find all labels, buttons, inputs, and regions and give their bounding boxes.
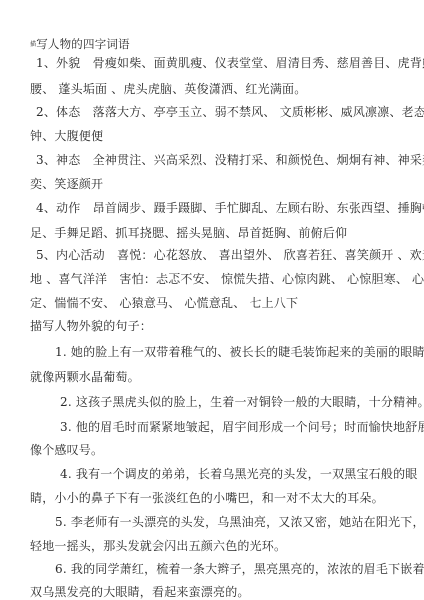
sentence-1-line1: 1. 她的脸上有一双带着稚气的、被长长的睫毛装饰起来的美丽的眼睛， xyxy=(55,344,424,360)
sentence-6-line2: 双乌黑发亮的大眼睛，看起来蛮漂亮的。 xyxy=(30,584,424,600)
sentence-3-line2: 像个感叹号。 xyxy=(30,442,424,458)
sentence-3-line1: 3. 他的眉毛时而紧紧地皱起，眉宇间形成一个问号；时而愉快地舒展， xyxy=(60,419,424,435)
heading-appearance-sentences: 描写人物外貌的句子： xyxy=(30,318,424,334)
category-expression-line2: 奕、笑逐颜开 xyxy=(30,176,424,192)
category-inner-line3: 定、惴惴不安、 心猿意马、 心慌意乱、 七上八下 xyxy=(30,295,424,311)
document-page: 描写人物的四字词语 1、外貌 骨瘦如柴、面黄肌瘦、仪表堂堂、眉清目秀、慈眉善目、… xyxy=(0,0,424,600)
heading-rest: 写人物的四字词语 xyxy=(36,37,130,51)
category-appearance-line2: 腰、 蓬头垢面 、虎头虎脑、英俊潇洒、红光满面。 xyxy=(30,81,424,97)
category-inner-line2: 地 、喜气洋洋 害怕：忐忑不安、 惊慌失措、心惊肉跳、 心惊胆寒、 心神不 xyxy=(30,271,424,287)
heading-four-char-words: 描写人物的四字词语 xyxy=(30,36,424,53)
sentence-5-line1: 5. 李老师有一头漂亮的头发，乌黑油亮，又浓又密，她站在阳光下，轻 xyxy=(55,514,424,530)
sentence-5-line2: 轻地一摇头，那头发就会闪出五颜六色的光环。 xyxy=(30,538,424,554)
category-inner-line1: 5、内心活动 喜悦：心花怒放、 喜出望外、 欣喜若狂、喜笑颜开 、欢天喜 xyxy=(36,247,424,263)
category-posture-line2: 钟、大腹便便 xyxy=(30,128,424,144)
sentence-2-line1: 2. 这孩子黑虎头似的脸上，生着一对铜铃一般的大眼睛，十分精神。 xyxy=(60,394,424,410)
category-appearance-line1: 1、外貌 骨瘦如柴、面黄肌瘦、仪表堂堂、眉清目秀、慈眉善目、虎背熊 xyxy=(36,55,424,71)
sentence-4-line2: 睛，小小的鼻子下有一张淡红色的小嘴巴，和一对不太大的耳朵。 xyxy=(30,490,424,506)
category-action-line2: 足、手舞足蹈、抓耳挠腮、摇头晃脑、昂首挺胸、前俯后仰 xyxy=(30,225,424,241)
category-expression-line1: 3、神态 全神贯注、兴高采烈、没精打采、和颜悦色、炯炯有神、神采奕 xyxy=(36,152,424,168)
sentence-6-line1: 6. 我的同学萧红，梳着一条大辫子，黑亮黑亮的，浓浓的眉毛下嵌着一 xyxy=(55,561,424,577)
sentence-1-line2: 就像两颗水晶葡萄。 xyxy=(30,369,424,385)
sentence-4-line1: 4. 我有一个调皮的弟弟，长着乌黑光亮的头发，一双黑宝石般的眼 xyxy=(60,466,424,482)
category-action-line1: 4、动作 昂首阔步、蹑手蹑脚、手忙脚乱、左顾右盼、东张西望、捶胸顿 xyxy=(36,200,424,216)
category-posture-line1: 2、体态 落落大方、亭亭玉立、弱不禁风、 文质彬彬、威风凛凛、老态龙 xyxy=(36,104,424,120)
